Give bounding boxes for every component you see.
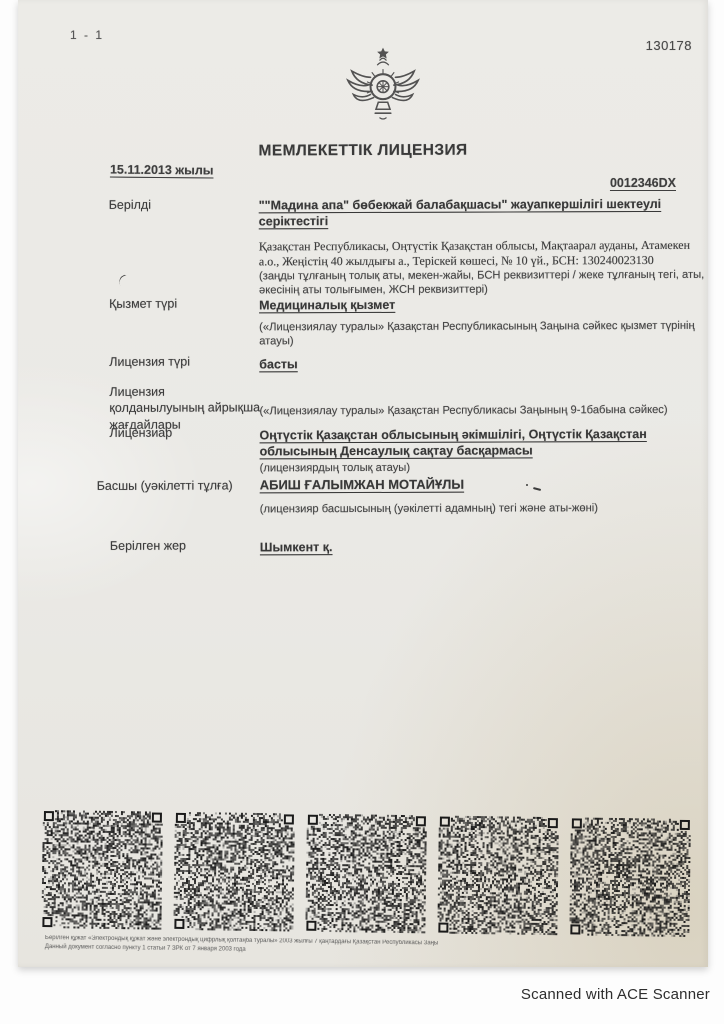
document-number-top: 130178 <box>646 38 692 53</box>
scanner-watermark: Scanned with ACE Scanner <box>521 986 710 1003</box>
license-fields: Берілді ""Мадина апа" бөбекжай балабақша… <box>18 0 708 1</box>
field-label-activity-type: Қызмет түрі <box>109 295 261 312</box>
field-label-licensor: Лицензиар <box>109 424 261 441</box>
matrix-barcode-1 <box>41 810 163 930</box>
field-label-issued-to: Берілді <box>109 196 261 213</box>
field-address: Қазақстан Республикасы, Оңтүстік Қазақст… <box>259 238 709 270</box>
field-note-issued-to: (заңды тұлғаның толық аты, мекен-жайы, Б… <box>259 268 709 298</box>
field-value-place-of-issue: Шымкент қ. <box>260 538 708 556</box>
field-note-licensor: (лицензиярдың толық атауы) <box>260 460 710 476</box>
field-value-license-type: басты <box>259 355 707 373</box>
page-marker: 1 - 1 <box>70 28 104 42</box>
license-number: 0012346DX <box>610 176 676 190</box>
legal-fineprint: Берілген құжат «Электрондық құжат және э… <box>45 934 665 961</box>
scanned-license-page: 1 - 1 130178 <box>18 0 708 967</box>
kazakhstan-emblem-icon <box>344 46 422 132</box>
document-title: МЕМЛЕКЕТТІК ЛИЦЕНЗИЯ <box>18 141 708 161</box>
field-value-issued-to: ""Мадина апа" бөбекжай балабақшасы" жауа… <box>259 196 707 230</box>
field-note-special-conditions: («Лицензиялау туралы» Қазақстан Республи… <box>259 403 709 419</box>
field-value-head: АБИШ ҒАЛЫМЖАН МОТАЙҰЛЫ <box>260 476 708 494</box>
field-label-place-of-issue: Берілген жер <box>110 537 262 554</box>
field-note-activity-type: («Лицензиялау туралы» Қазақстан Республи… <box>259 319 709 349</box>
field-label-head: Басшы (уәкілетті тұлға) <box>97 477 259 494</box>
matrix-barcode-2 <box>173 812 295 932</box>
signature-barcode-band <box>41 810 695 937</box>
field-value-activity-type: Медициналық қызмет <box>259 296 707 314</box>
pen-mark <box>117 274 130 286</box>
matrix-barcode-3 <box>305 814 427 934</box>
issue-date: 15.11.2013 жылы <box>110 163 214 178</box>
matrix-barcode-5 <box>569 817 691 937</box>
field-label-license-type: Лицензия түрі <box>109 353 261 370</box>
field-note-head: (лицензияр басшысының (уәкілетті адамның… <box>260 501 710 517</box>
matrix-barcode-4 <box>437 816 559 936</box>
ink-speck <box>526 484 544 494</box>
field-value-licensor: Оңтүстік Қазақстан облысының әкімшілігі,… <box>259 426 707 460</box>
